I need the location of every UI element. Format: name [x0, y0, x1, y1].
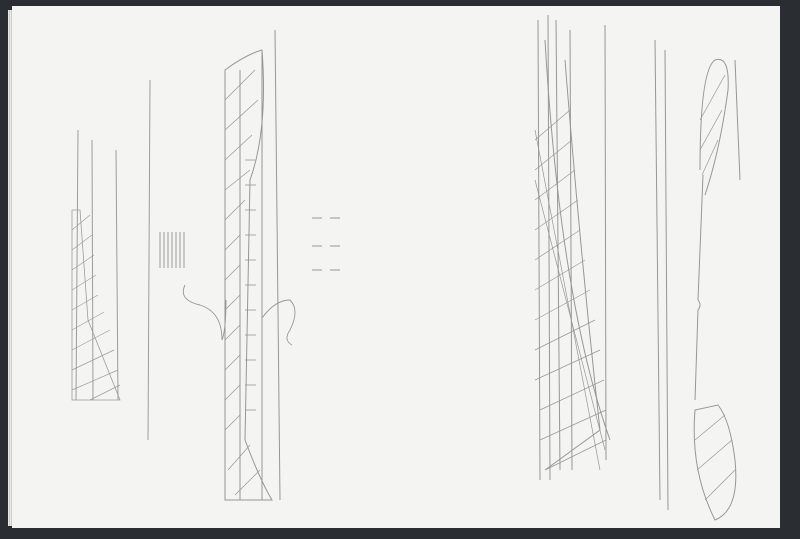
sketch-right-column-1 — [535, 15, 668, 510]
sketch-right-column-2 — [694, 59, 740, 520]
sketch-left-column-2 — [183, 30, 340, 500]
sketch-left-column-1 — [72, 80, 184, 440]
pencil-sketches — [0, 0, 800, 539]
